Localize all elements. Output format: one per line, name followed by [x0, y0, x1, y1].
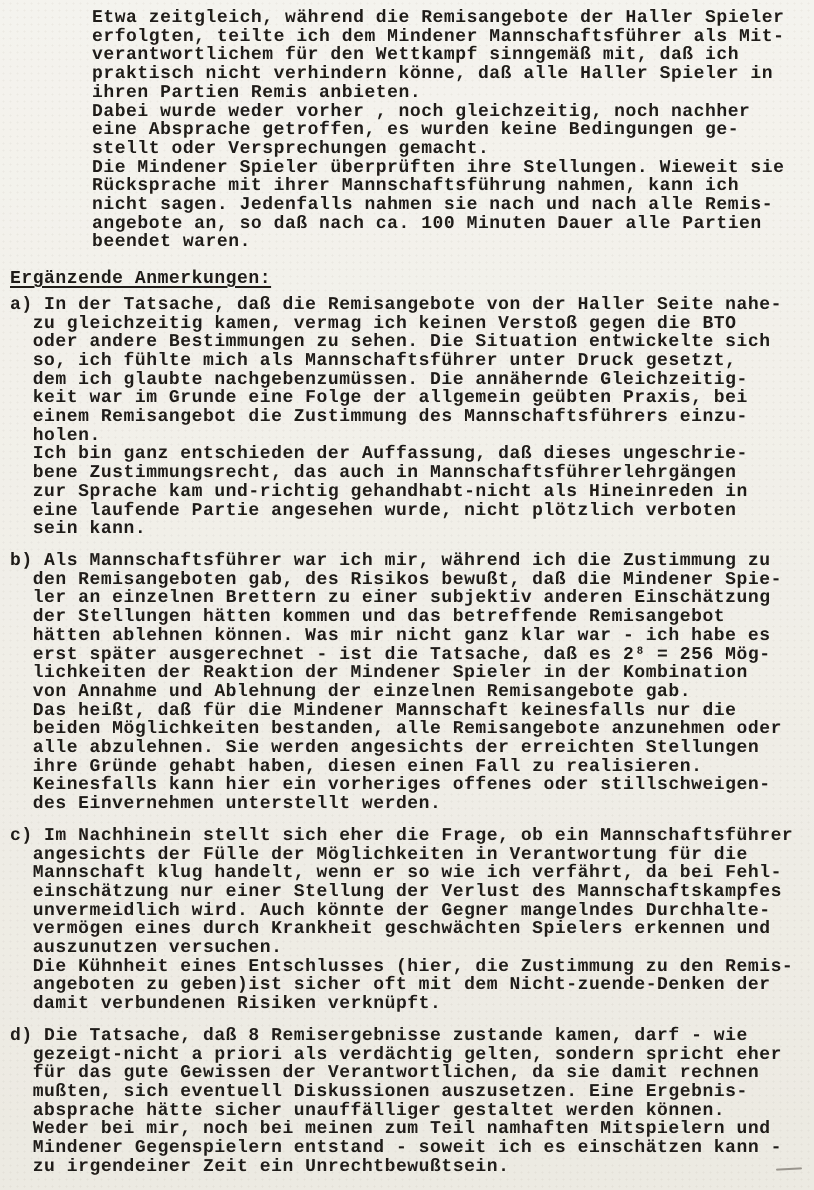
- intro-paragraph: Etwa zeitgleich, während die Remisangebo…: [92, 9, 814, 252]
- annotation-item-b: b) Als Mannschaftsführer war ich mir, wä…: [10, 552, 814, 814]
- annotation-item-a: a) In der Tatsache, daß die Remisangebot…: [10, 296, 814, 539]
- heading-row: Ergänzende Anmerkungen:: [10, 270, 814, 289]
- annotation-item-c: c) Im Nachhinein stellt sich eher die Fr…: [10, 827, 814, 1014]
- typewritten-page: Etwa zeitgleich, während die Remisangebo…: [0, 0, 814, 1176]
- annotation-item-d: d) Die Tatsache, daß 8 Remisergebnisse z…: [10, 1027, 814, 1177]
- section-heading: Ergänzende Anmerkungen:: [10, 269, 271, 289]
- annotation-list: a) In der Tatsache, daß die Remisangebot…: [10, 296, 814, 1177]
